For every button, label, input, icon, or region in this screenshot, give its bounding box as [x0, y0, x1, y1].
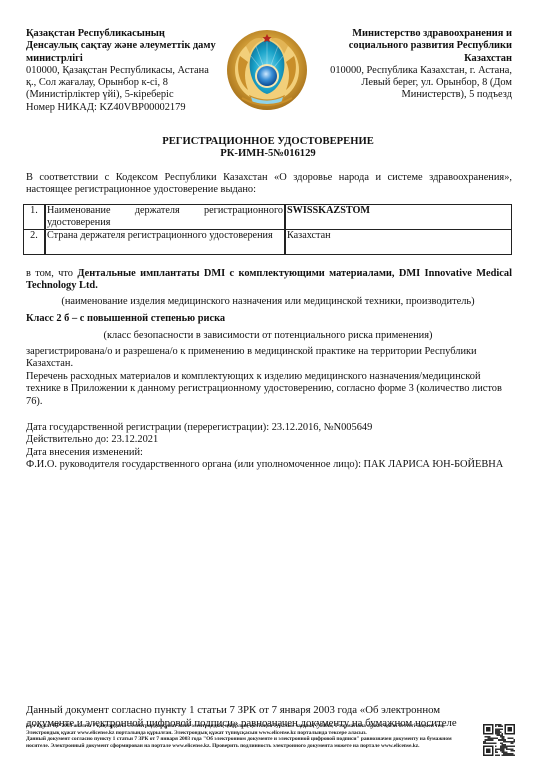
org-name-kz-2: Денсаулық сақтау және әлеуметтік даму: [26, 40, 231, 52]
org-name-ru-2: социального развития Республики: [322, 40, 512, 52]
product-name: Дентальные имплантаты DMI с комплектующи…: [26, 268, 512, 291]
valid-until: Действительно до: 23.12.2021: [26, 434, 526, 446]
certificate-number: РК-ИМН-5№016129: [0, 148, 536, 160]
holder-country-value: Казахстан: [285, 230, 512, 255]
header-left-kazakh: Қазақстан Республикасының Денсаулық сақт…: [26, 28, 231, 102]
footer-small-ru: Данный документ согласно пункту 1 статьи…: [26, 736, 466, 749]
address-ru-1: 010000, Республика Казахстан, г. Астана,: [322, 65, 512, 77]
safety-class-caption: (класс безопасности в зависимости от пот…: [0, 330, 536, 342]
row-label: Страна держателя регистрационного удосто…: [45, 230, 285, 255]
registration-info: Дата государственной регистрации (перере…: [26, 422, 526, 471]
org-name-ru-3: Казахстан: [322, 53, 512, 65]
row-label-line2: удостоверения: [47, 217, 110, 228]
product-statement: в том, что Дентальные имплантаты DMI с к…: [26, 268, 512, 293]
intro-paragraph: В соответствии с Кодексом Республики Каз…: [26, 172, 512, 197]
product-caption: (наименование изделия медицинского назна…: [0, 296, 536, 308]
footer-small-kz: Бұл құжат ҚР 2003 жылғы 7 қаңтардағы «Эл…: [26, 723, 466, 736]
head-of-agency: Ф.И.О. руководителя государственного орг…: [26, 459, 526, 471]
title-line: РЕГИСТРАЦИОННОЕ УДОСТОВЕРЕНИЕ: [0, 136, 536, 148]
org-name-kz-1: Қазақстан Республикасының: [26, 28, 231, 40]
row-number: 2.: [24, 230, 46, 255]
holder-name-value: SWISSKAZSTOM: [285, 205, 512, 230]
row-label-line1: Наименование держателя регистрационного: [47, 205, 283, 217]
safety-class: Класс 2 б – с повышенной степенью риска: [26, 313, 225, 325]
nikad-number: Номер НИКАД: KZ40VBP00002179: [26, 102, 186, 114]
footer-small-print: Бұл құжат ҚР 2003 жылғы 7 қаңтардағы «Эл…: [26, 723, 466, 749]
address-ru-3: Министерств), 5 подъезд: [322, 89, 512, 101]
table-row: 2. Страна держателя регистрационного удо…: [24, 230, 512, 255]
address-kz-2: қ., Сол жағалау, Орынбор к-сі, 8: [26, 77, 231, 89]
row-number: 1.: [24, 205, 46, 230]
qr-code-icon: [483, 724, 515, 756]
state-emblem-icon: [226, 26, 308, 114]
table-row: 1. Наименование держателя регистрационно…: [24, 205, 512, 230]
consumables-statement: Перечень расходных материалов и комплект…: [26, 371, 512, 408]
registration-statement: зарегистрирована/о и разрешена/о к приме…: [26, 346, 506, 371]
document-title: РЕГИСТРАЦИОННОЕ УДОСТОВЕРЕНИЕ РК-ИМН-5№0…: [0, 136, 536, 161]
row-label: Наименование держателя регистрационного …: [45, 205, 285, 230]
holder-table: 1. Наименование держателя регистрационно…: [23, 204, 512, 255]
header-right-russian: Министерство здравоохранения и социально…: [322, 28, 512, 102]
changes-date: Дата внесения изменений:: [26, 447, 526, 459]
registration-date: Дата государственной регистрации (перере…: [26, 422, 526, 434]
address-kz-1: 010000, Қазақстан Республикасы, Астана: [26, 65, 231, 77]
address-ru-2: Левый берег, ул. Орынбор, 8 (Дом: [322, 77, 512, 89]
org-name-kz-3: министрлігі: [26, 53, 231, 65]
org-name-ru-1: Министерство здравоохранения и: [322, 28, 512, 40]
product-prefix: в том, что: [26, 268, 77, 279]
address-kz-3: (Министірліктер үйі), 5-кіреберіс: [26, 89, 231, 101]
